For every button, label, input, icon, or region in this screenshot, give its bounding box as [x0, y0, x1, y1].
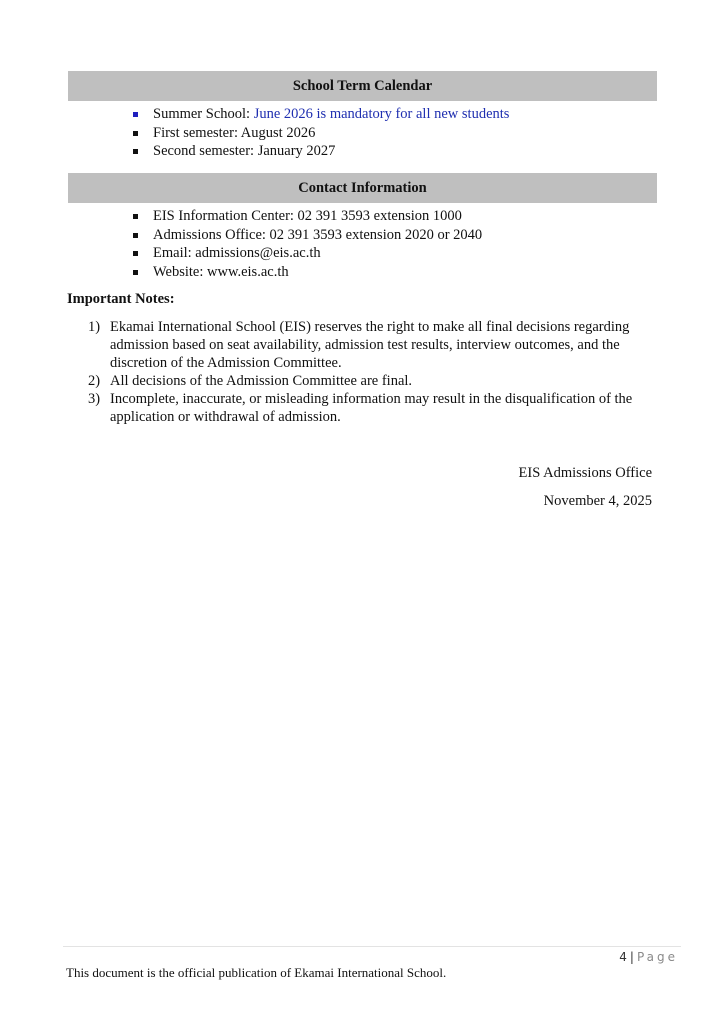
contact-item-label: Email: admissions@eis.ac.th	[153, 245, 321, 261]
square-bullet-icon	[133, 270, 138, 275]
page-number-separator: |	[630, 950, 634, 964]
square-bullet-icon	[133, 149, 138, 154]
square-bullet-icon	[133, 112, 138, 117]
calendar-item-second-semester: Second semester: January 2027	[131, 142, 509, 161]
square-bullet-icon	[133, 131, 138, 136]
calendar-item-label: Second semester: January 2027	[153, 143, 335, 159]
contact-section-header: Contact Information	[68, 173, 657, 203]
note-number: 2)	[88, 372, 100, 390]
contact-item-email: Email: admissions@eis.ac.th	[131, 244, 482, 263]
signature-office: EIS Admissions Office	[519, 464, 652, 482]
square-bullet-icon	[133, 233, 138, 238]
calendar-list: Summer School: June 2026 is mandatory fo…	[131, 105, 509, 161]
square-bullet-icon	[133, 251, 138, 256]
contact-item-info-center: EIS Information Center: 02 391 3593 exte…	[131, 207, 482, 226]
note-item: 3) Incomplete, inaccurate, or misleading…	[88, 390, 648, 426]
calendar-item-first-semester: First semester: August 2026	[131, 124, 509, 143]
note-number: 1)	[88, 318, 100, 336]
note-item: 2) All decisions of the Admission Commit…	[88, 372, 648, 390]
contact-item-label: Website: www.eis.ac.th	[153, 264, 289, 280]
contact-item-label: Admissions Office: 02 391 3593 extension…	[153, 227, 482, 243]
note-number: 3)	[88, 390, 100, 408]
calendar-item-summer: Summer School: June 2026 is mandatory fo…	[131, 105, 509, 124]
page-word: Page	[637, 950, 678, 964]
footer-divider	[63, 946, 681, 947]
square-bullet-icon	[133, 214, 138, 219]
contact-list: EIS Information Center: 02 391 3593 exte…	[131, 207, 482, 281]
contact-item-website: Website: www.eis.ac.th	[131, 263, 482, 282]
signature-date: November 4, 2025	[544, 492, 652, 510]
contact-item-admissions-office: Admissions Office: 02 391 3593 extension…	[131, 226, 482, 245]
calendar-item-label: First semester: August 2026	[153, 125, 315, 141]
calendar-section-header: School Term Calendar	[68, 71, 657, 101]
important-notes-list: 1) Ekamai International School (EIS) res…	[88, 318, 648, 426]
page-number-value: 4	[619, 950, 627, 964]
calendar-item-label: Summer School:	[153, 106, 254, 122]
note-text: Incomplete, inaccurate, or misleading in…	[110, 391, 632, 425]
note-text: All decisions of the Admission Committee…	[110, 373, 412, 389]
note-text: Ekamai International School (EIS) reserv…	[110, 319, 629, 371]
calendar-item-highlight: June 2026 is mandatory for all new stude…	[254, 106, 510, 122]
note-item: 1) Ekamai International School (EIS) res…	[88, 318, 648, 372]
page-number: 4|Page	[619, 950, 678, 964]
contact-item-label: EIS Information Center: 02 391 3593 exte…	[153, 208, 462, 224]
important-notes-heading: Important Notes:	[67, 290, 175, 308]
footer-text: This document is the official publicatio…	[66, 965, 446, 981]
